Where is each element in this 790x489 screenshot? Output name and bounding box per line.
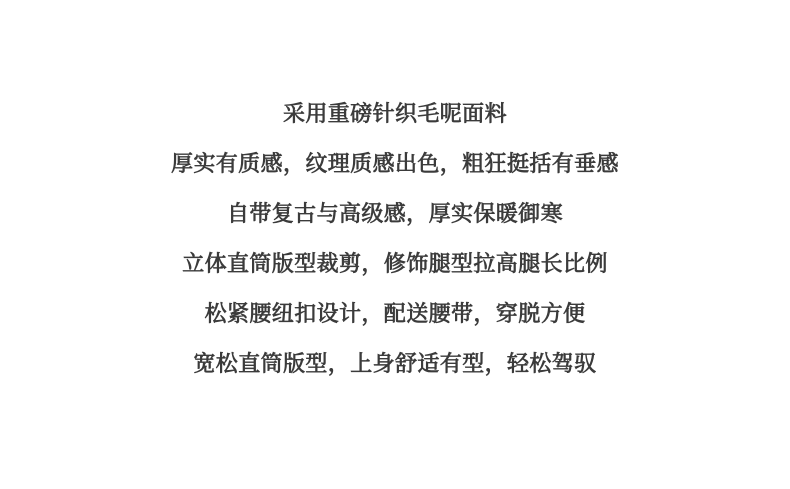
description-line-style: 自带复古与高级感，厚实保暖御寒 <box>0 189 790 239</box>
description-text-block: 采用重磅针织毛呢面料 厚实有质感，纹理质感出色，粗狂挺括有垂感 自带复古与高级感… <box>0 89 790 389</box>
description-line-fit: 宽松直筒版型，上身舒适有型，轻松驾驭 <box>0 339 790 389</box>
description-line-texture: 厚实有质感，纹理质感出色，粗狂挺括有垂感 <box>0 139 790 189</box>
description-line-waist: 松紧腰纽扣设计，配送腰带，穿脱方便 <box>0 289 790 339</box>
description-line-fabric: 采用重磅针织毛呢面料 <box>0 89 790 139</box>
description-line-cut: 立体直筒版型裁剪，修饰腿型拉高腿长比例 <box>0 239 790 289</box>
